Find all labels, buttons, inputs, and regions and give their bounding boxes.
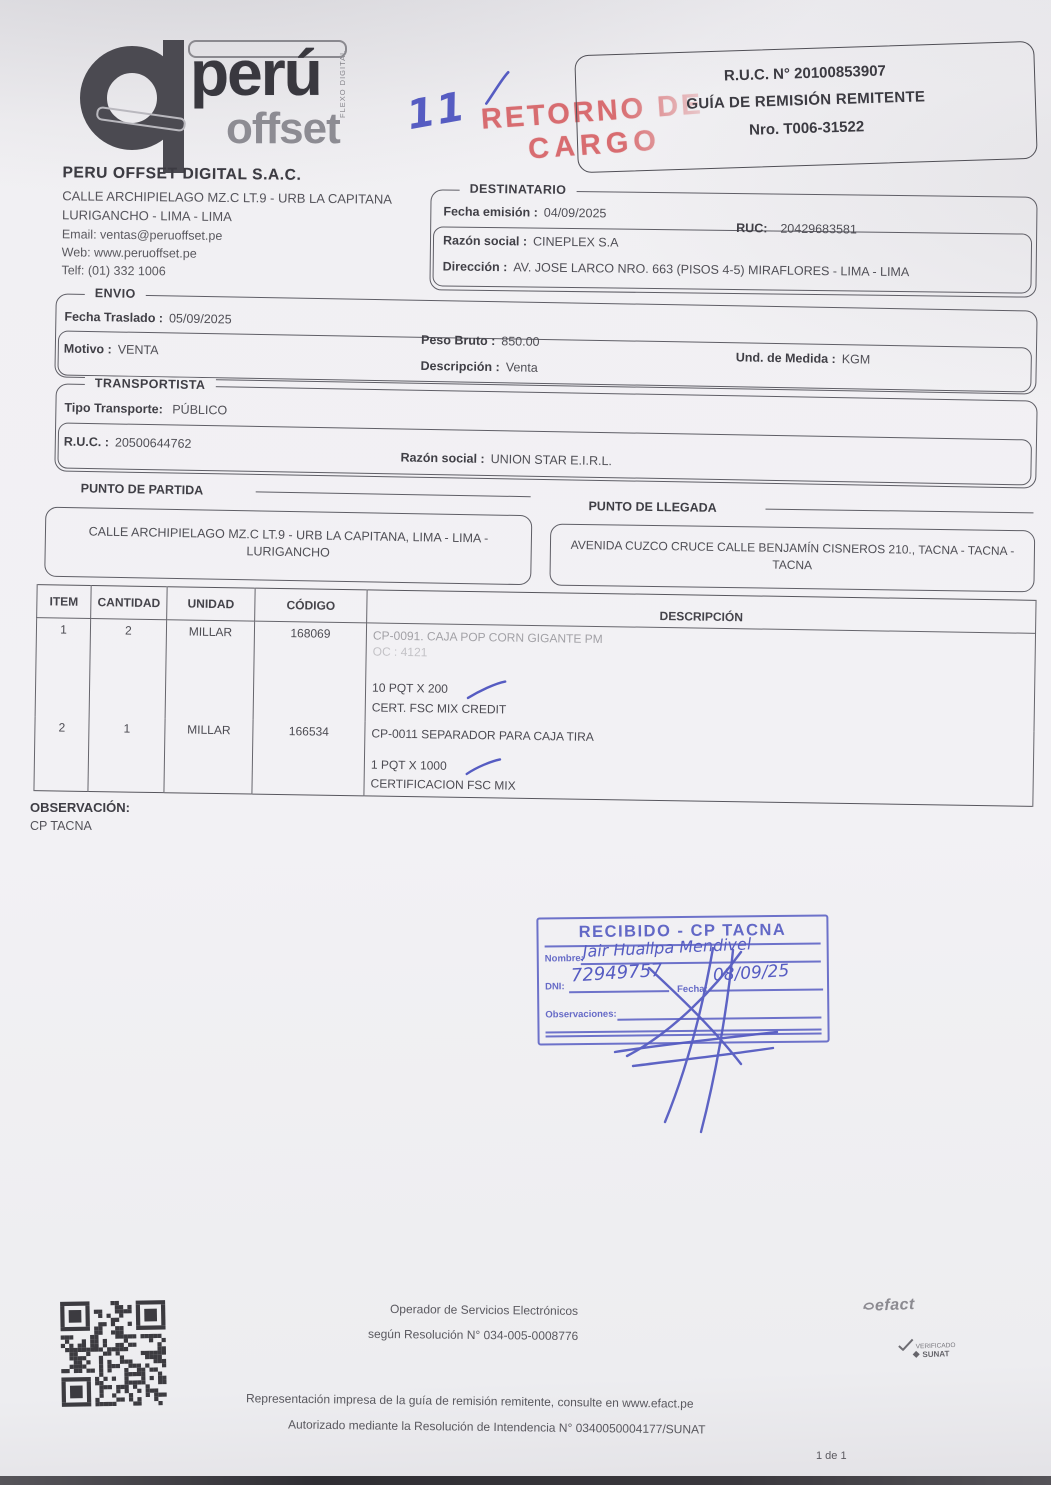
destinatario-ruc-label: RUC: [736,221,767,235]
document-title: GUÍA DE REMISIÓN REMITENTE [577,85,1035,116]
envio-descripcion-value: Venta [506,360,538,375]
page-number: 1 de 1 [816,1450,847,1462]
destinatario-section: DESTINATARIO Fecha emisión :04/09/2025 R… [429,189,1037,297]
emitter-ruc: R.U.C. N° 20100853907 [576,58,1034,89]
observacion-section: OBSERVACIÓN: CP TACNA [30,800,130,833]
ose-line-1: Operador de Servicios Electrónicos [390,1302,578,1318]
scanner-edge-strip [0,1476,1051,1485]
punto-llegada-section: PUNTO DE LLEGADA AVENIDA CUZCO CRUCE CAL… [549,499,1040,593]
transportista-razon-label: Razón social : [400,450,484,465]
row2-item: 2 [34,716,89,791]
table-row: 1 2 MILLAR 168069 CP-0091. CAJA POP CORN… [35,618,1035,732]
scanned-document: perú offset FLEXO DIGITAL PERU OFFSET DI… [0,0,1051,1485]
transportista-section: TRANSPORTISTA Tipo Transporte: PÚBLICO R… [54,383,1037,488]
fecha-emision-label: Fecha emisión : [443,204,538,219]
efact-swirl-icon [862,1298,875,1311]
desc-line: 1 PQT X 1000 [371,757,447,772]
fecha-traslado-value: 05/09/2025 [169,311,232,326]
ose-line-2: según Resolución N° 034-005-0008776 [368,1327,578,1343]
verified-check-icon [898,1338,914,1351]
document-header-box: R.U.C. N° 20100853907 GUÍA DE REMISIÓN R… [574,41,1037,173]
company-web: Web: www.peruoffset.pe [62,245,392,262]
transportista-ruc-label: R.U.C. : [64,435,109,450]
observacion-text: CP TACNA [30,819,130,833]
tipo-transporte-value: PÚBLICO [172,402,227,417]
qr-code [58,1298,168,1410]
row1-item: 1 [35,618,91,717]
col-cantidad: CANTIDAD [91,586,168,620]
desc-line: 10 PQT X 200 [372,681,448,696]
envio-label: ENVIO [85,286,146,301]
company-email: Email: ventas@peruoffset.pe [62,227,392,244]
legal-line-2: Autorizado mediante la Resolución de Int… [288,1417,706,1436]
sunat-verification-mark: VERIFICADO SUNAT [898,1337,956,1360]
logo-word: perú [190,36,321,110]
logo-word-offset: offset [226,104,340,154]
company-address-1: CALLE ARCHIPIELAGO MZ.C LT.9 - URB LA CA… [62,188,392,206]
row1-cantidad: 2 [89,619,167,718]
col-unidad: UNIDAD [167,587,256,621]
fecha-traslado-label: Fecha Traslado : [64,310,163,326]
row1-codigo: 168069 [253,621,367,721]
table-row: 2 1 MILLAR 166534 CP-0011 SEPARADOR PARA… [34,716,1034,806]
company-phone: Telf: (01) 332 1006 [61,263,391,280]
envio-descripcion-label: Descripción : [420,359,499,374]
direccion-label: Dirección : [443,259,508,274]
peso-bruto-label: Peso Bruto : [421,333,496,348]
company-address-2: LURIGANCHO - LIMA - LIMA [62,207,392,225]
transportista-ruc-value: 20500644762 [115,435,192,450]
sunat-text: SUNAT [912,1349,956,1360]
company-name: PERU OFFSET DIGITAL S.A.C. [62,164,392,185]
items-table: ITEM CANTIDAD UNIDAD CÓDIGO DESCRIPCIÓN … [33,584,1036,806]
tipo-transporte-label: Tipo Transporte: [64,401,163,417]
punto-partida-box: CALLE ARCHIPIELAGO MZ.C LT.9 - URB LA CA… [44,507,532,585]
logo-p-stem-icon [163,40,184,173]
destinatario-ruc-value: 20429683581 [780,222,857,237]
row2-cantidad: 1 [88,716,165,792]
row2-descripcion: CP-0011 SEPARADOR PARA CAJA TIRA 1 PQT X… [364,721,1034,806]
row2-unidad: MILLAR [164,718,253,794]
logo-tagline: FLEXO DIGITAL [338,50,347,118]
peso-bruto-value: 850.00 [501,334,539,349]
observacion-label: OBSERVACIÓN: [30,800,130,815]
sunat-diamond-icon [912,1350,920,1358]
efact-logo: efact [862,1296,915,1316]
unidad-medida-label: Und. de Medida : [736,350,836,366]
transportista-razon-value: UNION STAR E.I.R.L. [491,452,613,468]
desc-line: CP-0011 SEPARADOR PARA CAJA TIRA [371,725,1027,751]
row2-codigo: 166534 [252,719,365,795]
razon-social-label: Razón social : [443,233,527,248]
col-codigo: CÓDIGO [255,588,368,623]
motivo-value: VENTA [118,343,159,358]
transportista-label: TRANSPORTISTA [85,376,216,392]
document-number: Nro. T006-31522 [578,113,1036,144]
motivo-label: Motivo : [64,342,112,357]
punto-llegada-box: AVENIDA CUZCO CRUCE CALLE BENJAMÍN CISNE… [549,524,1035,593]
pen-check-icon [464,756,502,777]
company-info: PERU OFFSET DIGITAL S.A.C. CALLE ARCHIPI… [61,164,392,280]
row1-unidad: MILLAR [165,620,255,719]
legal-line-1: Representación impresa de la guía de rem… [246,1391,694,1410]
unidad-medida-value: KGM [842,352,871,366]
punto-partida-section: PUNTO DE PARTIDA CALLE ARCHIPIELAGO MZ.C… [44,481,536,586]
destinatario-label: DESTINATARIO [460,182,577,197]
razon-social-value: CINEPLEX S.A [533,235,619,250]
punto-llegada-address-2: TACNA [551,555,1034,576]
fecha-emision-value: 04/09/2025 [544,206,607,221]
signature-scribble [545,940,875,1140]
pen-check-icon [465,679,507,702]
col-item: ITEM [37,585,92,619]
row1-descripcion: CP-0091. CAJA POP CORN GIGANTE PM OC : 4… [365,623,1035,731]
